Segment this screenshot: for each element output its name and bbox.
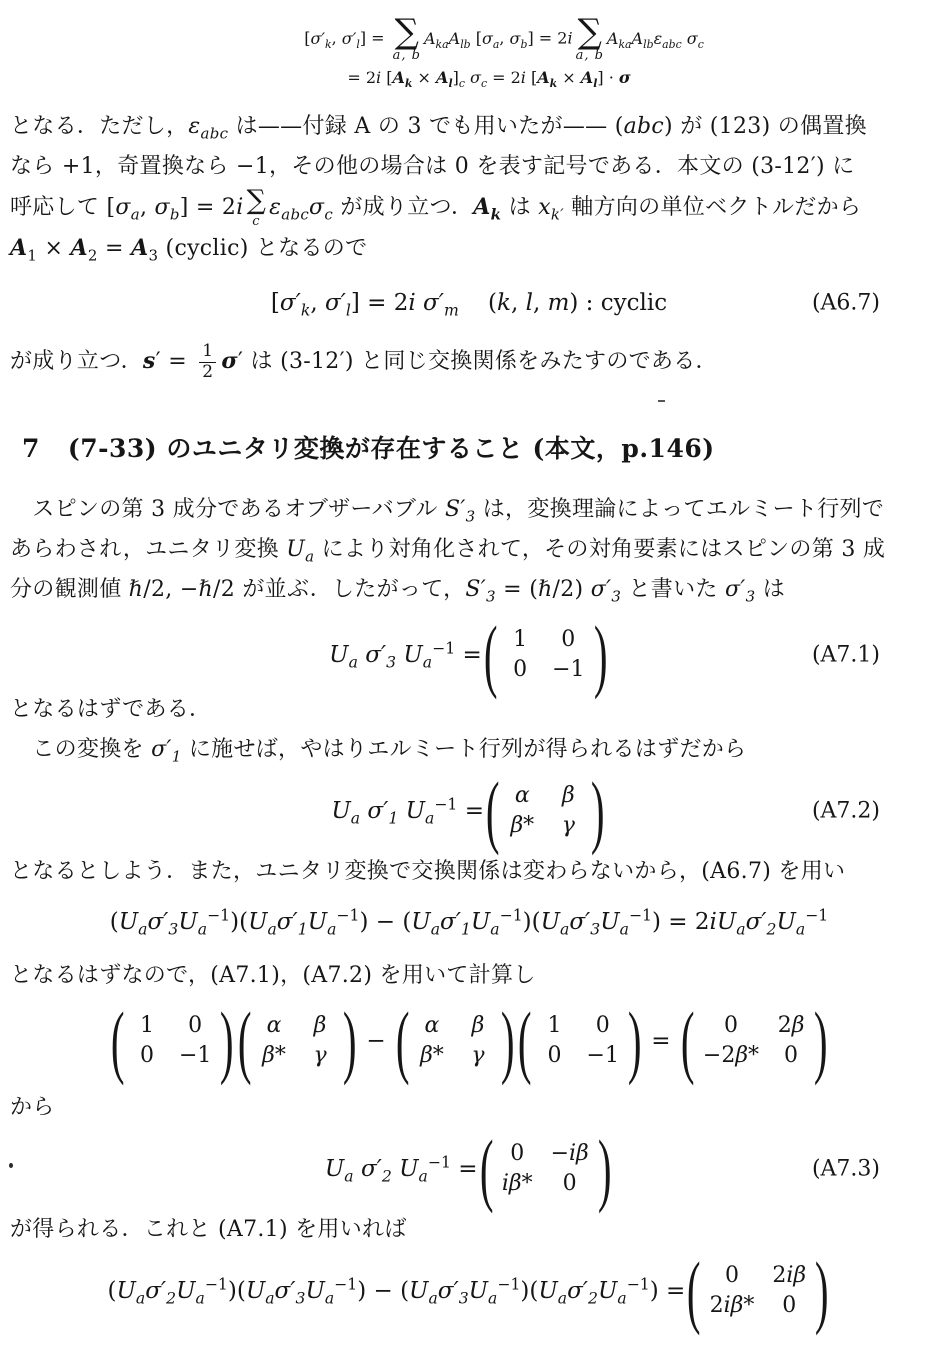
paren-right: ) — [814, 1010, 828, 1072]
equation-tag-a72: (A7.2) — [812, 799, 880, 824]
paren-left: ( — [110, 1010, 124, 1072]
text-line-naritatu: が成り立つ．s′ = 12σ′ は (3-12′) と同じ交換関係をみたすのであ… — [0, 339, 938, 384]
equation-final-commutator: (Uaσ′2Ua−1)(Uaσ′3Ua−1) − (Uaσ′3Ua−1)(Uaσ… — [0, 1254, 938, 1328]
paren-right: ) — [220, 1010, 234, 1072]
scan-speck — [658, 400, 665, 402]
matrix-sigma1: ( αββ*γ ) — [486, 780, 605, 842]
text-line: となる．ただし，εabc は——付録 A の 3 でも用いたが—— (abc) … — [0, 107, 938, 147]
matrix-body: 100−1 — [124, 1011, 220, 1071]
equation-lhs: Ua σ′1 Ua−1 = — [331, 798, 484, 824]
paren-right: ) — [815, 1260, 829, 1322]
equation-matrix-computation: ( 100−1 ) ( αββ*γ ) − ( αββ*γ ) ( 100−1 … — [0, 1002, 938, 1080]
equation-body: (Uaσ′3Ua−1)(Uaσ′1Ua−1) − (Uaσ′1Ua−1)(Uaσ… — [110, 909, 828, 935]
matrix-diag: ( 100−1 ) — [111, 1010, 234, 1072]
text-line: 呼応して [σa, σb] = 2i∑cεabcσc が成り立つ．Ak は xk… — [0, 187, 938, 228]
matrix-body: αββ*γ — [251, 1011, 343, 1071]
equation-a7-2: Ua σ′1 Ua−1 = ( αββ*γ ) (A7.2) — [0, 776, 938, 846]
paren-right: ) — [591, 780, 605, 842]
equals-operator: = — [651, 1028, 670, 1054]
section-heading: 7 (7-33) のユニタリ変換が存在すること (本文，p.146) — [0, 432, 938, 466]
text-line-erareru: が得られる．これと (A7.1) を用いれば — [0, 1210, 938, 1250]
equation-tag-a71: (A7.1) — [812, 643, 880, 668]
paren-left: ( — [687, 1260, 701, 1322]
matrix-sigma2: ( 0−iβiβ*0 ) — [480, 1138, 612, 1200]
equation-line-2: = 2i [Ak × Al]c σc = 2i [Ak × Al] · σ — [40, 68, 938, 87]
paren-right: ) — [598, 1138, 612, 1200]
matrix-result: ( 02β−2β*0 ) — [681, 1010, 828, 1072]
matrix-body: 100−1 — [532, 1011, 628, 1071]
text-line-tonaru: となるとしよう．また，ユニタリ変換で交換関係は変わらないから，(A6.7) を用… — [0, 852, 938, 892]
matrix-hermitian: ( αββ*γ ) — [238, 1010, 357, 1072]
paren-right: ) — [628, 1010, 642, 1072]
text-line-kono-henkan: この変換を σ′1 に施せば，やはりエルミート行列が得られるはずだから — [0, 730, 938, 770]
equation-tag-a67: (A6.7) — [812, 291, 880, 316]
text-line-kara: から — [0, 1088, 938, 1128]
text-line: あらわされ，ユニタリ変換 Ua により対角化されて，その対角要素にはスピンの第 … — [0, 530, 938, 570]
paren-right: ) — [593, 624, 607, 686]
equation-tag-a73: (A7.3) — [812, 1157, 880, 1182]
matrix-body: αββ*γ — [499, 781, 591, 841]
paren-left: ( — [486, 780, 500, 842]
text-line-keisan: となるはずなので，(A7.1)，(A7.2) を用いて計算し — [0, 956, 938, 996]
paren-left: ( — [518, 1010, 532, 1072]
paren-right: ) — [343, 1010, 357, 1072]
equation-a7-3: Ua σ′2 Ua−1 = ( 0−iβiβ*0 ) (A7.3) — [0, 1130, 938, 1208]
matrix-body: 100−1 — [497, 625, 593, 685]
paragraph-epsilon-definition: となる．ただし，εabc は——付録 A の 3 でも用いたが—— (abc) … — [0, 107, 938, 269]
equation-lhs: Ua σ′2 Ua−1 = — [325, 1156, 478, 1182]
matrix-body: 02β−2β*0 — [694, 1011, 814, 1071]
equation-lhs: Ua σ′3 Ua−1 = — [329, 642, 482, 668]
matrix-body: 02iβ2iβ*0 — [701, 1261, 816, 1321]
text-line: スピンの第 3 成分であるオブザーバブル S′3 は，変換理論によってエルミート… — [0, 490, 938, 530]
paren-right: ) — [501, 1010, 515, 1072]
text-line: A1 × A2 = A3 (cyclic) となるので — [0, 228, 938, 269]
paren-left: ( — [484, 624, 498, 686]
text-line-hazu: となるはずである． — [0, 690, 938, 730]
equation-body: [σ′k, σ′l] = 2i σ′m (k, l, m) : cyclic — [271, 290, 667, 316]
matrix-body: 0−iβiβ*0 — [493, 1139, 598, 1199]
paren-left: ( — [395, 1010, 409, 1072]
paren-left: ( — [238, 1010, 252, 1072]
equation-commutator-u: (Uaσ′3Ua−1)(Uaσ′1Ua−1) − (Uaσ′1Ua−1)(Uaσ… — [0, 898, 938, 946]
equation-a6-7: [σ′k, σ′l] = 2i σ′m (k, l, m) : cyclic (… — [0, 285, 938, 321]
minus-operator: − — [366, 1028, 385, 1054]
paren-left: ( — [479, 1138, 493, 1200]
text-line: 分の観測値 ℏ/2, −ℏ/2 が並ぶ．したがって，S′3 = (ℏ/2) σ′… — [0, 570, 938, 610]
paren-left: ( — [680, 1010, 694, 1072]
scan-speck — [9, 1163, 13, 1168]
matrix-body: αββ*γ — [409, 1011, 501, 1071]
matrix-result: ( 02iβ2iβ*0 ) — [687, 1260, 828, 1322]
book-page: [σ′k, σ′l] = ∑a, bAkaAlb [σa, σb] = 2i∑a… — [0, 0, 938, 1354]
equation-commutator-expansion: [σ′k, σ′l] = ∑a, bAkaAlb [σa, σb] = 2i∑a… — [0, 0, 938, 87]
matrix-hermitian: ( αββ*γ ) — [396, 1010, 515, 1072]
paragraph-spin-observable: スピンの第 3 成分であるオブザーバブル S′3 は，変換理論によってエルミート… — [0, 490, 938, 610]
text-line: なら +1，奇置換なら −1，その他の場合は 0 を表す記号である．本文の (3… — [0, 147, 938, 187]
equation-a7-1: Ua σ′3 Ua−1 = ( 100−1 ) (A7.1) — [0, 620, 938, 690]
equation-lhs: (Uaσ′2Ua−1)(Uaσ′3Ua−1) − (Uaσ′3Ua−1)(Uaσ… — [108, 1278, 686, 1304]
section-title: (7-33) のユニタリ変換が存在すること (本文，p.146) — [68, 432, 715, 466]
equation-line-1: [σ′k, σ′l] = ∑a, bAkaAlb [σa, σb] = 2i∑a… — [70, 16, 938, 62]
section-number: 7 — [22, 432, 40, 466]
matrix-sigma3: ( 100−1 ) — [484, 624, 607, 686]
matrix-diag: ( 100−1 ) — [518, 1010, 641, 1072]
